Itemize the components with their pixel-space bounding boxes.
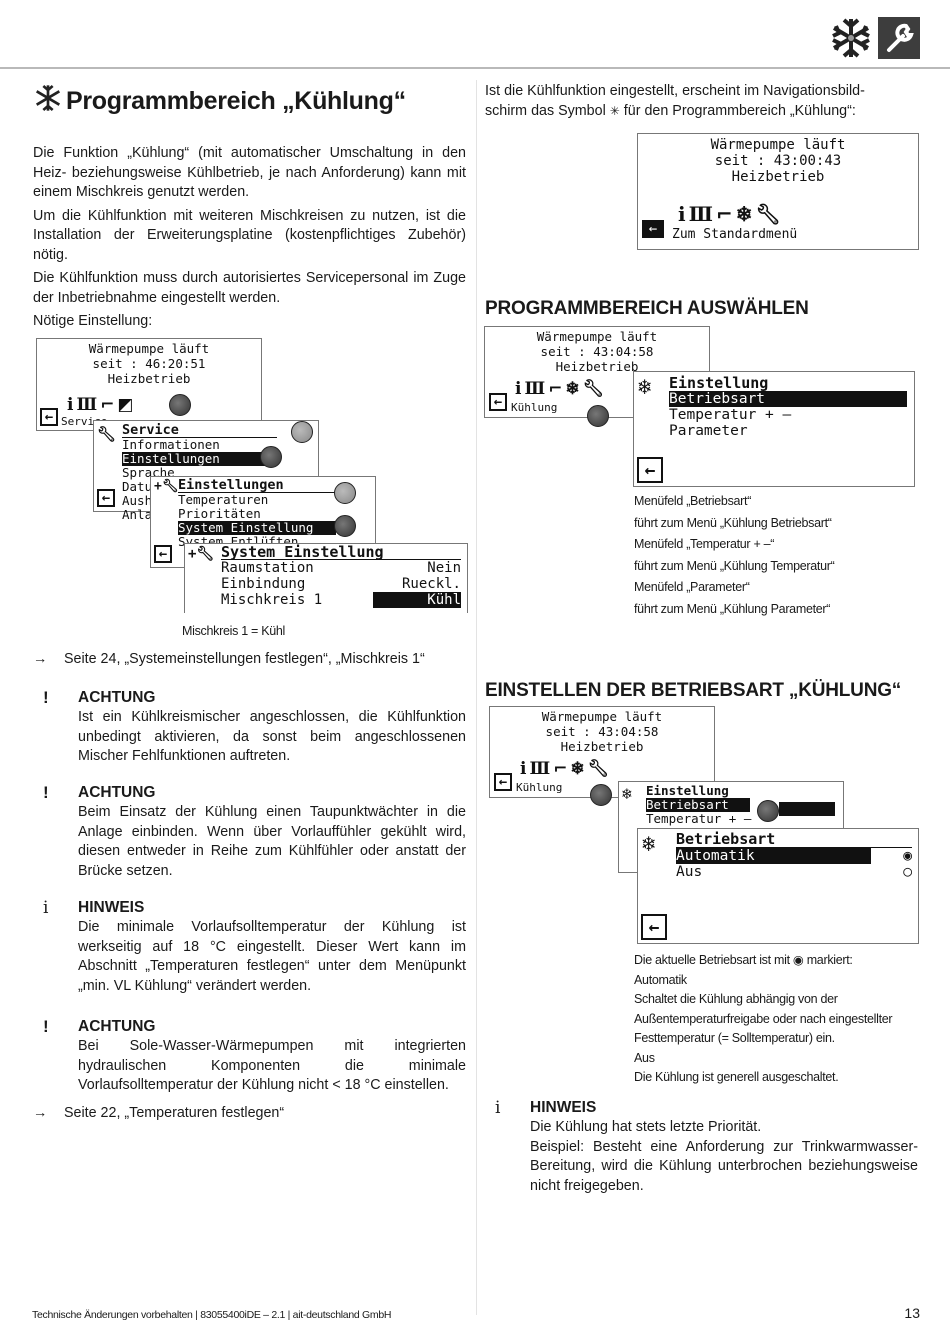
menu-title: Service [122,423,277,438]
program-icons: i Ⅲ ⌐ ❄ 🔧︎ [520,759,609,779]
warning-note: ! ACHTUNG Bei Sole-Wasser-Wärmepumpen mi… [33,1017,466,1096]
program-icons: i Ⅲ ⌐ ◩ [67,395,133,415]
radiator-icon: Ⅲ [529,759,550,779]
snowflake-icon: ❄ [622,784,632,803]
menu-item-selected[interactable]: Betriebsart [646,798,750,812]
tap-icon: ⌐ [548,379,562,399]
radio-option[interactable]: Aus ○ [676,864,912,880]
program-icons: i Ⅲ ⌐ ❄ 🔧︎ [678,202,781,226]
back-button[interactable]: ← [154,545,172,563]
caption-line: Die aktuelle Betriebsart ist mit ◉ marki… [634,951,892,971]
page-title: Programmbereich „Kühlung“ [34,84,406,119]
lcd-line: seit : 43:00:43 [638,153,918,169]
note-title: HINWEIS [530,1098,918,1118]
caption-line: Menüfeld „Parameter“ [634,577,834,599]
section-heading: PROGRAMMBEREICH AUSWÄHLEN [485,298,918,320]
info-icon: i [520,759,526,779]
setting-row[interactable]: Raumstation Nein [221,560,461,576]
snowflake-icon: ❄ [570,759,584,779]
wrench-icon: 🔧︎ [583,379,605,399]
lcd-line: Wärmepumpe läuft [638,137,918,153]
setting-label: Raumstation [221,560,314,576]
paragraph: Nötige Einstellung: [33,312,466,332]
note-title: HINWEIS [78,898,466,918]
info-icon: i [485,1098,530,1196]
dial-icon [169,394,191,416]
radio-unchecked-icon[interactable]: ○ [903,864,912,880]
back-button[interactable]: ← [40,408,58,426]
info-icon: i [33,898,78,996]
lcd-line: Wärmepumpe läuft [485,329,709,344]
service-icon: ◩ [117,395,133,415]
dial-icon [590,784,612,806]
dial-icon [757,800,779,822]
note-text: Die Kühlung hat stets letzte Priorität. [530,1118,918,1138]
menu-item-selected[interactable]: Betriebsart [669,391,907,407]
paragraph: Um die Kühlfunktion mit weiteren Mischkr… [33,207,466,266]
intro-line: schirm das Symbol [485,103,606,119]
caption-line: Menüfeld „Betriebsart“ [634,491,834,513]
tap-icon: ⌐ [100,395,114,415]
lcd-einstellung-menu: ❄ Einstellung Betriebsart Temperatur + –… [633,371,915,487]
back-button[interactable]: ← [642,220,664,238]
menu-title: Einstellungen [178,478,336,493]
lcd-line: Heizbetrieb [37,371,261,386]
menu-title: System Einstellung [221,545,461,560]
wrench-icon [878,17,920,59]
menu-item[interactable]: Temperaturen [178,493,336,507]
dial-icon [291,421,313,443]
intro-line: für den Programmbereich „Kühlung“: [624,103,856,119]
lcd-line: Heizbetrieb [638,169,918,185]
wrench-plus-minus-icon: +🔧︎ [154,479,178,494]
snowflake-icon: ❄ [642,832,655,857]
lcd-label: Kühlung [516,781,562,795]
intro-line: Ist die Kühlfunktion eingestellt, ersche… [485,83,865,99]
setting-value: Rueckl. [402,576,461,592]
radio-option[interactable]: Automatik ◉ [676,848,912,864]
paragraph: Die Funktion „Kühlung“ (mit automatische… [33,144,466,203]
caption-line: Die Kühlung ist generell ausgeschaltet. [634,1068,892,1088]
lcd-betriebsart-menu: ❄ Betriebsart Automatik ◉ Aus ○ ← [637,828,919,944]
note-text: Bei Sole-Wasser-Wärmepumpen mit integrie… [78,1037,466,1096]
exclamation-icon: ! [33,783,78,881]
arrow-right-icon: → [33,650,64,669]
lcd-line: seit : 43:04:58 [485,344,709,359]
option-label: Automatik [676,848,871,864]
wrench-plus-minus-icon: +🔧︎ [188,546,214,562]
tap-icon: ⌐ [553,759,567,779]
page-number: 13 [904,1305,920,1321]
caption-line: Menüfeld „Temperatur + –“ [634,534,834,556]
radio-checked-icon[interactable]: ◉ [903,848,912,864]
setting-value: Nein [427,560,461,576]
info-note: i HINWEIS Die Kühlung hat stets letzte P… [485,1098,918,1196]
back-button[interactable]: ← [97,489,115,507]
lcd-label: Kühlung [511,401,557,415]
snowflake-icon [34,84,62,119]
setting-row[interactable]: Einbindung Rueckl. [221,576,461,592]
lcd-line: Wärmepumpe läuft [490,709,714,724]
info-icon: i [515,379,521,399]
snowflake-icon: ❄ [565,379,579,399]
menu-item-selected[interactable]: System Einstellung [178,521,336,535]
figure-caption: Mischkreis 1 = Kühl [182,622,285,642]
menu-title: Einstellung [646,784,836,798]
dial-icon [587,405,609,427]
snowflake-icon: ❄ [736,202,753,226]
dial-icon [260,446,282,468]
tap-icon: ⌐ [716,202,733,226]
note-title: ACHTUNG [78,1017,466,1037]
wrench-icon: 🔧︎ [97,425,116,443]
lcd-line: Wärmepumpe läuft [37,341,261,356]
menu-title: Einstellung [669,375,907,391]
snowflake-icon [831,17,871,59]
note-text: Beispiel: Besteht eine Anforderung zur T… [530,1138,918,1197]
snowflake-icon: ❄ [638,375,651,400]
setting-label: Einbindung [221,576,305,592]
lcd-navigation-screen: Wärmepumpe läuft seit : 46:20:51 Heizbet… [36,338,262,431]
lcd-label: Zum Standardmenü [672,228,797,242]
selection-bar [779,802,835,816]
lcd-navigation-screen: Wärmepumpe läuft seit : 43:00:43 Heizbet… [637,133,919,250]
menu-item[interactable]: Prioritäten [178,507,336,521]
note-title: ACHTUNG [78,688,466,708]
menu-item[interactable]: Parameter [669,423,907,439]
program-icons: i Ⅲ ⌐ ❄ 🔧︎ [515,379,604,399]
caption-line: führt zum Menü „Kühlung Parameter“ [634,599,834,621]
snowflake-icon: ✳ [610,104,620,118]
caption-line: Aus [634,1049,892,1069]
caption-line: Automatik [634,971,892,991]
betriebsart-captions: Die aktuelle Betriebsart ist mit ◉ marki… [634,951,892,1088]
header-rule [0,67,950,69]
caption-line: Festtemperatur (= Solltemperatur) ein. [634,1029,892,1049]
radiator-icon: Ⅲ [76,395,97,415]
warning-note: ! ACHTUNG Ist ein Kühlkreismischer anges… [33,688,466,767]
arrow-right-icon: → [33,1104,64,1123]
cross-reference[interactable]: → Seite 22, „Temperaturen festlegen“ [33,1104,466,1123]
exclamation-icon: ! [33,1017,78,1096]
menu-title: Betriebsart [676,831,912,848]
info-icon: i [678,202,686,226]
intro-text: Die Funktion „Kühlung“ (mit automatische… [33,144,466,332]
note-text: Die minimale Vorlaufsolltemperatur der K… [78,918,466,996]
radiator-icon: Ⅲ [689,202,713,226]
menu-item-selected[interactable]: Einstellungen [122,452,277,466]
exclamation-icon: ! [33,688,78,767]
info-icon: i [67,395,73,415]
caption-line: Außentemperaturfreigabe oder nach einges… [634,1010,892,1030]
caption-line: führt zum Menü „Kühlung Betriebsart“ [634,513,834,535]
setting-label: Mischkreis 1 [221,592,322,608]
radiator-icon: Ⅲ [524,379,545,399]
title-text: Programmbereich „Kühlung“ [66,87,406,116]
option-label: Aus [676,864,702,880]
menu-item[interactable]: Temperatur + – [669,407,907,423]
paragraph: Die Kühlfunktion muss durch autorisierte… [33,269,466,308]
lcd-line: seit : 43:04:58 [490,724,714,739]
setting-value-selected: Kühl [373,592,461,608]
section-heading: EINSTELLEN DER BETRIEBSART „KÜHLUNG“ [485,680,918,702]
cross-reference[interactable]: → Seite 24, „Systemeinstellungen festleg… [33,650,466,669]
dial-icon [334,482,356,504]
wrench-icon: 🔧︎ [588,759,610,779]
intro-text: Ist die Kühlfunktion eingestellt, ersche… [485,82,918,121]
warning-note: ! ACHTUNG Beim Einsatz der Kühlung einen… [33,783,466,881]
back-button[interactable]: ← [489,393,507,411]
note-text: Ist ein Kühlkreismischer angeschlossen, … [78,708,466,767]
caption-line: Schaltet die Kühlung abhängig von der [634,990,892,1010]
info-note: i HINWEIS Die minimale Vorlaufsolltemper… [33,898,466,996]
footer-text: Technische Änderungen vorbehalten | 8305… [32,1309,391,1321]
back-button[interactable]: ← [637,457,663,483]
lcd-system-einstellung: +🔧︎ System Einstellung Raumstation Nein … [184,543,468,613]
note-title: ACHTUNG [78,783,466,803]
setting-row[interactable]: Mischkreis 1 Kühl [221,592,461,608]
column-divider [476,80,477,1315]
lcd-line: Heizbetrieb [490,739,714,754]
menu-captions: Menüfeld „Betriebsart“ führt zum Menü „K… [634,491,834,620]
lcd-line: seit : 46:20:51 [37,356,261,371]
reference-text[interactable]: Seite 22, „Temperaturen festlegen“ [64,1104,284,1123]
caption-line: führt zum Menü „Kühlung Temperatur“ [634,556,834,578]
dial-icon [334,515,356,537]
wrench-icon: 🔧︎ [756,202,781,226]
menu-item[interactable]: Informationen [122,438,277,452]
back-button[interactable]: ← [494,773,512,791]
note-text: Beim Einsatz der Kühlung einen Taupunktw… [78,803,466,881]
reference-text[interactable]: Seite 24, „Systemeinstellungen festlegen… [64,650,425,669]
back-button[interactable]: ← [641,914,667,940]
